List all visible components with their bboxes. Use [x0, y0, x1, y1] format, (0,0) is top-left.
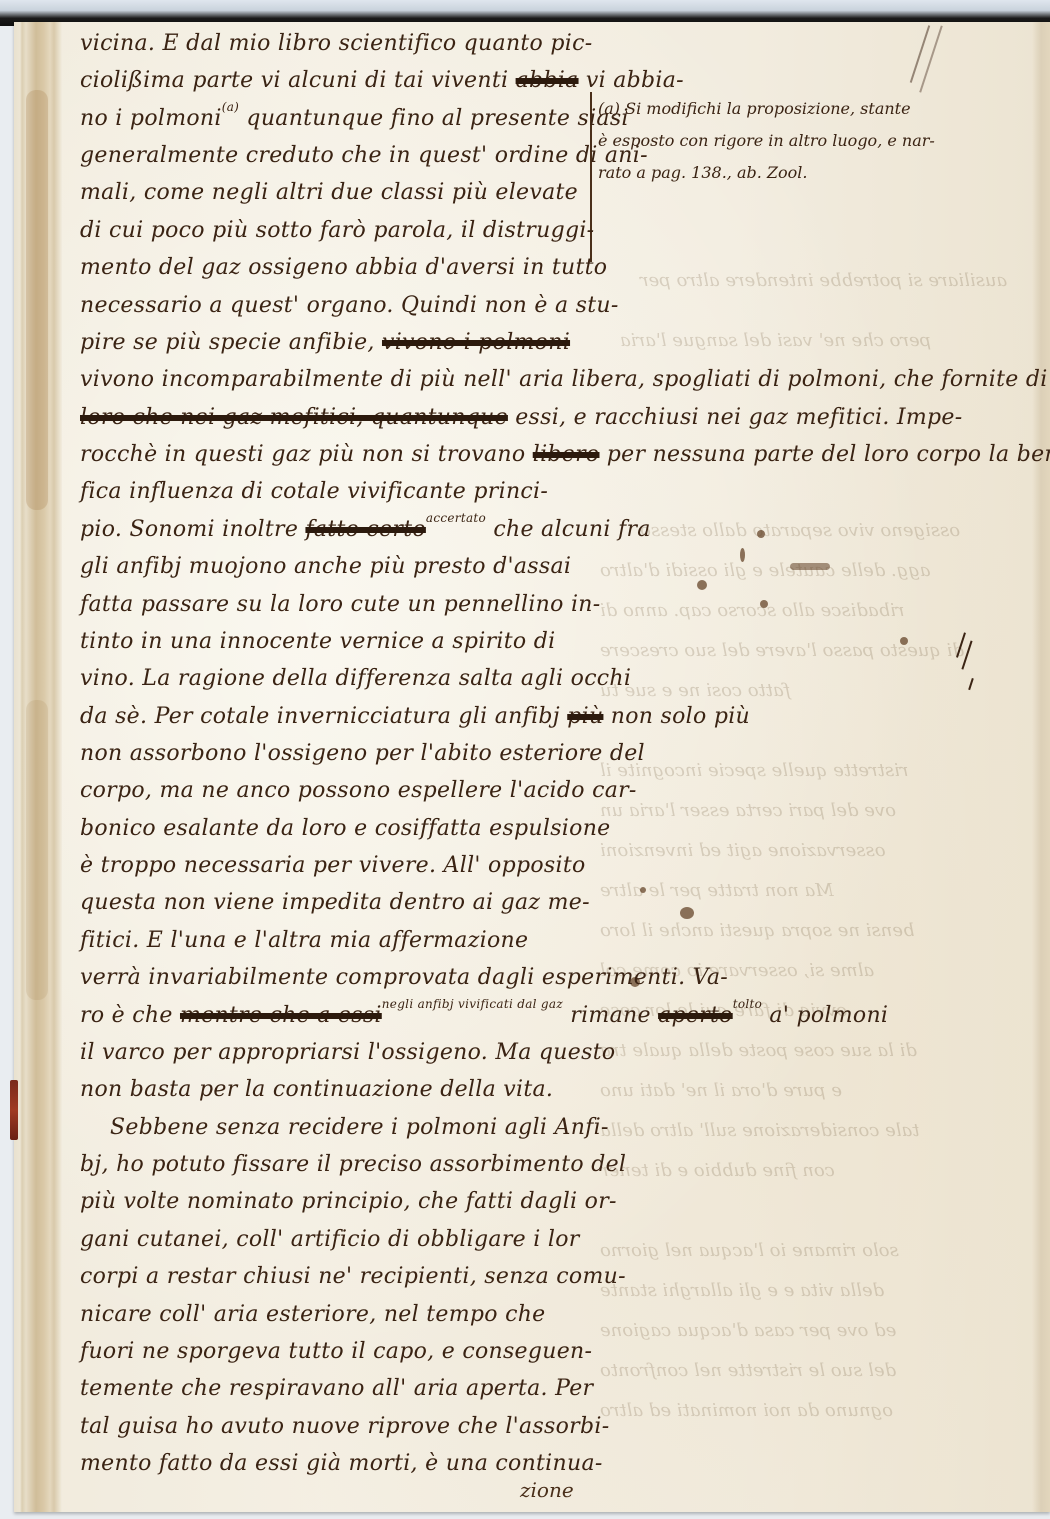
- manuscript-line: necessario a quest' organo. Quindi non è…: [80, 292, 619, 320]
- bleed-through-text: ed ove per casa d'acqua cagione: [600, 1320, 896, 1341]
- bleed-through-text: osservazione agit ed invenzioni: [600, 840, 886, 861]
- text-run: ro è che: [80, 1003, 180, 1028]
- text-run: verrà invariabilmente comprovata dagli e…: [80, 965, 728, 990]
- text-run: a' polmoni: [762, 1003, 888, 1028]
- manuscript-line: gli anfibj muojono anche più presto d'as…: [80, 553, 571, 581]
- text-run: vi abbia-: [579, 68, 684, 93]
- text-run: corpi a restar chiusi ne' recipienti, se…: [80, 1264, 626, 1289]
- text-run: più volte nominato principio, che fatti …: [80, 1189, 617, 1214]
- manuscript-line: pio. Sonomi inoltre fatto certoaccertato…: [80, 516, 651, 546]
- struck-text: loro che nei gaz mefitici, quantunque: [80, 405, 508, 430]
- manuscript-line: da sè. Per cotale invernicciatura gli an…: [80, 703, 750, 731]
- struck-text: mentre che a essi: [180, 1003, 382, 1028]
- bleed-through-text: bensi ne sopra questi anche il loro: [600, 920, 914, 941]
- bleed-through-text: di questo passo l'avere del suo crescere: [600, 640, 964, 661]
- ink-blot: [680, 907, 694, 919]
- text-run: nicare coll' aria esteriore, nel tempo c…: [80, 1302, 546, 1327]
- manuscript-line: vino. La ragione della differenza salta …: [80, 665, 631, 693]
- manuscript-line: questa non viene impedita dentro ai gaz …: [80, 889, 590, 917]
- bleed-through-text: della vita e e gli allarghi stante: [600, 1280, 884, 1301]
- footnote-line: è esposto con rigore in altro luogo, e n…: [598, 130, 1018, 152]
- manuscript-line: ciolißima parte vi alcuni di tai viventi…: [80, 67, 684, 95]
- manuscript-line: più volte nominato principio, che fatti …: [80, 1188, 617, 1216]
- text-run: rocchè in questi gaz più non si trovano: [80, 442, 533, 467]
- manuscript-line: mento fatto da essi già morti, è una con…: [80, 1450, 603, 1478]
- manuscript-line: Sebbene senza recidere i polmoni agli An…: [110, 1114, 609, 1142]
- manuscript-line: generalmente creduto che in quest' ordin…: [80, 142, 648, 170]
- text-run: pire se più specie anfibie,: [80, 330, 382, 355]
- text-run: fatta passare su la loro cute un pennell…: [80, 592, 601, 617]
- bleed-through-text: ove del pari certa esser l'aria un: [600, 800, 896, 821]
- bleed-through-text: ristrette quelle specie incognite il: [600, 760, 908, 781]
- manuscript-line: fica influenza di cotale vivificante pri…: [80, 478, 548, 506]
- manuscript-line: verrà invariabilmente comprovata dagli e…: [80, 964, 728, 992]
- text-run: fuori ne sporgeva tutto il capo, e conse…: [80, 1339, 592, 1364]
- footnote-line: (a) Si modifichi la proposizione, stante: [598, 98, 1018, 120]
- bleed-through-text: di la sue cose poste della quale tra: [600, 1040, 917, 1061]
- spine-stain: [26, 700, 48, 1000]
- struck-text: fatto certo: [305, 517, 425, 542]
- catchword: zione: [520, 1478, 574, 1502]
- bleed-through-text: del suo le ristrette nel confronto: [600, 1360, 896, 1381]
- interlinear-insertion: negli anfibj vivificati dal gaz: [382, 997, 563, 1011]
- text-run: gli anfibj muojono anche più presto d'as…: [80, 554, 571, 579]
- manuscript-line: bonico esalante da loro e cosiffatta esp…: [80, 815, 610, 843]
- text-run: di cui poco più sotto farò parola, il di…: [80, 218, 594, 243]
- footnote-line: rato a pag. 138., ab. Zool.: [598, 162, 1018, 184]
- bleed-through-text: con fine dubbio e di tener: [600, 1160, 835, 1181]
- text-run: mento fatto da essi già morti, è una con…: [80, 1451, 603, 1476]
- text-run: tal guisa ho avuto nuove riprove che l'a…: [80, 1414, 609, 1439]
- manuscript-line: rocchè in questi gaz più non si trovano …: [80, 441, 1050, 469]
- manuscript-line: nicare coll' aria esteriore, nel tempo c…: [80, 1301, 546, 1329]
- text-run: quantunque fino al presente siasi: [239, 106, 629, 131]
- manuscript-line: ro è che mentre che a essinegli anfibj v…: [80, 1002, 888, 1032]
- ink-blot: [900, 637, 908, 645]
- manuscript-line: corpo, ma ne anco possono espellere l'ac…: [80, 777, 637, 805]
- text-run: fica influenza di cotale vivificante pri…: [80, 479, 548, 504]
- manuscript-line: pire se più specie anfibie, vivono i pol…: [80, 329, 570, 357]
- text-run: vicina. E dal mio libro scientifico quan…: [80, 31, 592, 56]
- bleed-through-text: solo rimane io l'acqua nel giorno: [600, 1240, 899, 1261]
- spine-stain: [26, 90, 48, 510]
- text-run: Sebbene senza recidere i polmoni agli An…: [110, 1115, 609, 1140]
- manuscript-line: vivono incomparabilmente di più nell' ar…: [80, 366, 1048, 394]
- interlinear-insertion: tolto: [733, 997, 762, 1011]
- manuscript-line: temente che respiravano all' aria aperta…: [80, 1375, 593, 1403]
- struck-text: libero: [533, 442, 600, 467]
- manuscript-line: non basta per la continuazione della vit…: [80, 1076, 553, 1104]
- bleed-through-text: ognuno da noi nominati ed altro: [600, 1400, 893, 1421]
- bleed-through-text: ribadisce allo scorso cap. anno di: [600, 600, 904, 621]
- text-run: gani cutanei, coll' artificio di obbliga…: [80, 1227, 580, 1252]
- manuscript-line: tinto in una innocente vernice a spirito…: [80, 628, 555, 656]
- ink-blot: [740, 548, 745, 562]
- text-run: fitici. E l'una e l'altra mia affermazio…: [80, 928, 528, 953]
- bleed-through-text: tale considerazione sull' altro della: [600, 1120, 919, 1141]
- bleed-through-text: pero che ne' vasi del sangue l'aria: [620, 330, 931, 351]
- text-run: temente che respiravano all' aria aperta…: [80, 1376, 593, 1401]
- text-run: che alcuni fra: [486, 517, 651, 542]
- text-run: vino. La ragione della differenza salta …: [80, 666, 631, 691]
- bleed-through-text: Ma non tratte per le altre: [600, 880, 834, 901]
- manuscript-line: bj, ho potuto fissare il preciso assorbi…: [80, 1151, 626, 1179]
- ink-blot: [697, 580, 707, 590]
- text-run: bj, ho potuto fissare il preciso assorbi…: [80, 1152, 626, 1177]
- manuscript-line: fitici. E l'una e l'altra mia affermazio…: [80, 927, 528, 955]
- text-run: non solo più: [603, 704, 750, 729]
- text-run: generalmente creduto che in quest' ordin…: [80, 143, 648, 168]
- text-run: necessario a quest' organo. Quindi non è…: [80, 293, 619, 318]
- text-run: corpo, ma ne anco possono espellere l'ac…: [80, 778, 637, 803]
- text-run: mento del gaz ossigeno abbia d'aversi in…: [80, 255, 607, 280]
- bleed-through-text: ossigeno vivo separato dallo stesso: [640, 520, 960, 541]
- manuscript-line: corpi a restar chiusi ne' recipienti, se…: [80, 1263, 626, 1291]
- text-run: rimane: [563, 1003, 658, 1028]
- text-run: mali, come negli altri due classi più el…: [80, 180, 578, 205]
- ink-blot: [790, 563, 830, 570]
- manuscript-line: loro che nei gaz mefitici, quantunque es…: [80, 404, 963, 432]
- manuscript-line: fuori ne sporgeva tutto il capo, e conse…: [80, 1338, 592, 1366]
- text-run: il varco per appropriarsi l'ossigeno. Ma…: [80, 1040, 615, 1065]
- text-run: pio. Sonomi inoltre: [80, 517, 305, 542]
- struck-text: abbia: [516, 68, 579, 93]
- ink-blot: [757, 530, 765, 538]
- page-right-edge: [1032, 22, 1050, 1512]
- text-run: non assorbono l'ossigeno per l'abito est…: [80, 741, 645, 766]
- interlinear-insertion: accertato: [426, 511, 486, 525]
- ink-blot: [640, 887, 646, 893]
- bleed-through-text: ausiliare si potrebbe intendere altro pe…: [640, 270, 1007, 291]
- manuscript-line: fatta passare su la loro cute un pennell…: [80, 591, 601, 619]
- manuscript-line: vicina. E dal mio libro scientifico quan…: [80, 30, 592, 58]
- manuscript-line: tal guisa ho avuto nuove riprove che l'a…: [80, 1413, 609, 1441]
- text-run: questa non viene impedita dentro ai gaz …: [80, 890, 590, 915]
- manuscript-line: è troppo necessaria per vivere. All' opp…: [80, 852, 586, 880]
- text-run: per nessuna parte del loro corpo la bene…: [599, 442, 1050, 467]
- manuscript-line: mali, come negli altri due classi più el…: [80, 179, 578, 207]
- text-run: da sè. Per cotale invernicciatura gli an…: [80, 704, 567, 729]
- bleed-through-text: agg. delle cautele e gli ossidi d'altro: [600, 560, 931, 581]
- ink-blot: [760, 600, 768, 608]
- bleed-through-text: e pure d'ora il ne' dati uno: [600, 1080, 842, 1101]
- interlinear-insertion: (a): [222, 100, 239, 114]
- red-binding-tab: [10, 1080, 18, 1140]
- struck-text: più: [567, 704, 603, 729]
- manuscript-line: di cui poco più sotto farò parola, il di…: [80, 217, 594, 245]
- text-run: bonico esalante da loro e cosiffatta esp…: [80, 816, 610, 841]
- manuscript-line: no i polmoni(a) quantunque fino al prese…: [80, 105, 629, 135]
- text-run: ciolißima parte vi alcuni di tai viventi: [80, 68, 516, 93]
- text-run: vivono incomparabilmente di più nell' ar…: [80, 367, 1048, 392]
- text-run: no i polmoni: [80, 106, 222, 131]
- manuscript-line: mento del gaz ossigeno abbia d'aversi in…: [80, 254, 607, 282]
- manuscript-line: gani cutanei, coll' artificio di obbliga…: [80, 1226, 580, 1254]
- struck-text: vivono i polmoni: [382, 330, 570, 355]
- struck-text: aperto: [658, 1003, 733, 1028]
- manuscript-line: il varco per appropriarsi l'ossigeno. Ma…: [80, 1039, 615, 1067]
- text-run: tinto in una innocente vernice a spirito…: [80, 629, 555, 654]
- text-run: è troppo necessaria per vivere. All' opp…: [80, 853, 586, 878]
- text-run: non basta per la continuazione della vit…: [80, 1077, 553, 1102]
- manuscript-line: non assorbono l'ossigeno per l'abito est…: [80, 740, 645, 768]
- text-run: essi, e racchiusi nei gaz mefitici. Impe…: [508, 405, 963, 430]
